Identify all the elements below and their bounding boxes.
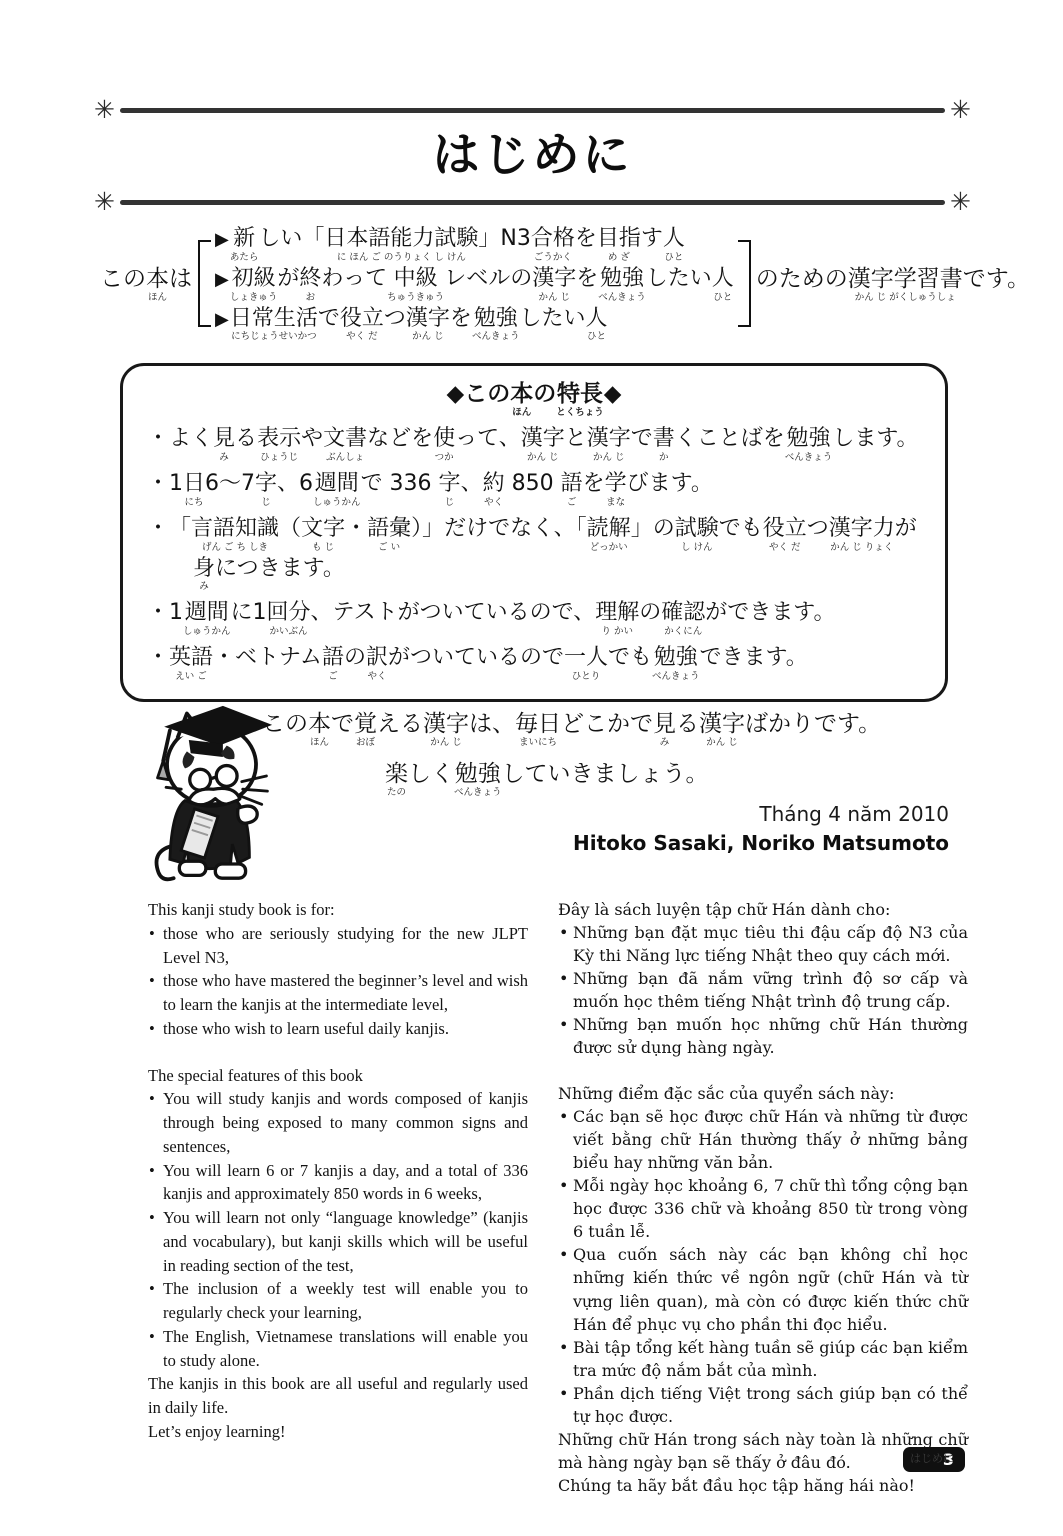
- features-box-title-text: ◆この本ほんの特長とくちょう◆: [447, 380, 622, 419]
- intro-item-text: 日常生活にちじょうせいかつで役立やく だつ漢字かん じを勉強べんきょうしたい人ひ…: [230, 306, 608, 344]
- bullet-icon: •: [149, 969, 155, 993]
- audience-list: •Những bạn đặt mục tiêu thi đậu cấp độ N…: [558, 921, 968, 1059]
- triangle-bullet-icon: ▶: [215, 306, 229, 333]
- closing-text: Let’s enjoy learning!: [148, 1420, 528, 1444]
- bullet-icon: •: [559, 1336, 568, 1359]
- bullet-icon: •: [149, 1087, 155, 1111]
- feature-bullet: ・ 英語えい ご・ベトナム語ごの訳やくがついているので一人ひとりでも勉強べんきょ…: [147, 645, 921, 683]
- bullet-dot-icon: ・: [147, 516, 169, 543]
- message-line-1: この本ほんで覚おぼえる漢字かん じは、毎日まいにちどこかで見みる漢字かん じばか…: [262, 710, 881, 749]
- audience-list: •those who are seriously studying for th…: [148, 922, 528, 1041]
- list-item-text: Những bạn muốn học những chữ Hán thường …: [573, 1015, 968, 1057]
- column-heading: The special features of this book: [148, 1064, 528, 1088]
- list-item-text: Mỗi ngày học khoảng 6, 7 chữ thì tổng cộ…: [573, 1176, 968, 1241]
- feature-text: 「言語知識げん ご ち しき（文字も じ・語彙ご い）」だけでなく、「読解どっか…: [169, 516, 917, 554]
- feature-text: 英語えい ご・ベトナム語ごの訳やくがついているので一人ひとりでも勉強べんきょうで…: [169, 645, 808, 683]
- english-column: This kanji study book is for: •those who…: [148, 898, 528, 1497]
- feature-text: 1日にち6〜7字じ、6週間しゅうかんで 336 字じ、約やく 850 語ごを学ま…: [169, 471, 713, 509]
- feature-text-continued: 身みにつきます。: [193, 556, 917, 594]
- list-item-text: Qua cuốn sách này các bạn không chỉ học …: [573, 1245, 968, 1333]
- features-box-title: ◆この本ほんの特長とくちょう◆: [147, 380, 921, 419]
- intro-suffix: のための漢字学習書かん じ がくしゅうしょです。: [756, 265, 1030, 304]
- list-item: •those who wish to learn useful daily ka…: [148, 1017, 528, 1041]
- list-item-text: You will study kanjis and words composed…: [163, 1089, 528, 1156]
- list-item: •You will learn not only “language knowl…: [148, 1206, 528, 1277]
- column-heading: Đây là sách luyện tập chữ Hán dành cho:: [558, 898, 968, 921]
- list-item: •Các bạn sẽ học được chữ Hán và những từ…: [558, 1105, 968, 1174]
- bullet-icon: •: [559, 921, 568, 944]
- closing-text: The kanjis in this book are all useful a…: [148, 1372, 528, 1420]
- asterisk-ornament-icon: ✳: [950, 97, 971, 122]
- triangle-bullet-icon: ▶: [215, 226, 229, 253]
- intro-statement: この本ほんは ▶ 新あたらしい「日本語能力試験に ほん ご のうりょく し けん…: [100, 226, 1030, 343]
- page-title: はじめに: [94, 132, 971, 179]
- publication-date: Tháng 4 năm 2010: [759, 802, 949, 826]
- list-item-text: You will learn not only “language knowle…: [163, 1208, 528, 1275]
- list-item-text: You will learn 6 or 7 kanjis a day, and …: [163, 1161, 528, 1204]
- book-page: ✳ ✳ はじめに ✳ ✳ この本ほんは ▶ 新あたらしい「日本語能力試験に ほん…: [0, 0, 1063, 1536]
- list-item-text: those who are seriously studying for the…: [163, 924, 528, 967]
- list-item: •You will study kanjis and words compose…: [148, 1087, 528, 1158]
- intro-subject: この本ほんは: [100, 265, 192, 304]
- message-line-2: 楽たのしく勉強べんきょうしていきましょう。: [385, 760, 709, 799]
- list-item: •You will learn 6 or 7 kanjis a day, and…: [148, 1159, 528, 1207]
- list-item: •Những bạn đã nắm vững trình độ sơ cấp v…: [558, 967, 968, 1013]
- list-item-text: Những bạn đặt mục tiêu thi đậu cấp độ N3…: [573, 923, 968, 965]
- horizontal-rule: [120, 200, 945, 205]
- feature-bullet: ・ よく見みる表示ひょうじや文書ぶんしょなどを使つかって、漢字かん じと漢字かん…: [147, 426, 921, 464]
- asterisk-ornament-icon: ✳: [950, 189, 971, 214]
- list-item-text: Các bạn sẽ học được chữ Hán và những từ …: [573, 1107, 968, 1172]
- features-box: ◆この本ほんの特長とくちょう◆ ・ よく見みる表示ひょうじや文書ぶんしょなどを使…: [120, 363, 948, 702]
- bullet-icon: •: [149, 1017, 155, 1041]
- bullet-icon: •: [149, 1325, 155, 1349]
- list-item: •those who are seriously studying for th…: [148, 922, 528, 970]
- bullet-icon: •: [149, 1277, 155, 1301]
- message-section: この本ほんで覚おぼえる漢字かん じは、毎日まいにちどこかで見みる漢字かん じばか…: [130, 698, 971, 888]
- list-item: •Những bạn đặt mục tiêu thi đậu cấp độ N…: [558, 921, 968, 967]
- feature-bullet: ・ 1日にち6〜7字じ、6週間しゅうかんで 336 字じ、約やく 850 語ごを…: [147, 471, 921, 509]
- intro-item-text: 初級しょきゅうが終おわって中級ちゅうきゅうレベルの漢字かん じを勉強べんきょうし…: [230, 266, 734, 304]
- closing-text: Chúng ta hãy bắt đầu học tập hăng hái nà…: [558, 1474, 968, 1497]
- page-header: ✳ ✳ はじめに ✳ ✳: [94, 98, 971, 215]
- list-item-text: Bài tập tổng kết hàng tuần sẽ giúp các b…: [573, 1338, 968, 1380]
- list-item: •Qua cuốn sách này các bạn không chỉ học…: [558, 1243, 968, 1335]
- list-item-text: Phần dịch tiếng Việt trong sách giúp bạn…: [573, 1384, 968, 1426]
- asterisk-ornament-icon: ✳: [94, 97, 115, 122]
- intro-item-list: ▶ 新あたらしい「日本語能力試験に ほん ご のうりょく し けん」N3合格ごう…: [211, 226, 738, 343]
- feature-bullet: ・ 「言語知識げん ご ち しき（文字も じ・語彙ご い）」だけでなく、「読解ど…: [147, 516, 921, 594]
- right-bracket: [738, 240, 751, 327]
- bullet-dot-icon: ・: [147, 426, 169, 453]
- list-item-text: those who have mastered the beginner’s l…: [163, 971, 528, 1014]
- column-heading: Những điểm đặc sắc của quyển sách này:: [558, 1082, 968, 1105]
- column-heading: This kanji study book is for:: [148, 898, 528, 922]
- bullet-icon: •: [149, 1159, 155, 1183]
- bullet-dot-icon: ・: [147, 645, 169, 672]
- bullet-icon: •: [559, 1243, 568, 1266]
- left-bracket: [198, 240, 211, 327]
- professor-cat-illustration: [132, 702, 274, 888]
- footer-section-label: はじめに: [910, 1453, 954, 1464]
- bullet-icon: •: [559, 967, 568, 990]
- list-item: •Những bạn muốn học những chữ Hán thường…: [558, 1013, 968, 1059]
- list-item: •those who have mastered the beginner’s …: [148, 969, 528, 1017]
- bullet-dot-icon: ・: [147, 471, 169, 498]
- list-item: •Bài tập tổng kết hàng tuần sẽ giúp các …: [558, 1336, 968, 1382]
- list-item: •The English, Vietnamese translations wi…: [148, 1325, 528, 1373]
- intro-item: ▶ 新あたらしい「日本語能力試験に ほん ご のうりょく し けん」N3合格ごう…: [215, 226, 734, 264]
- intro-item-text: 新あたらしい「日本語能力試験に ほん ご のうりょく し けん」N3合格ごうかく…: [230, 226, 685, 264]
- bullet-icon: •: [149, 922, 155, 946]
- bullet-icon: •: [559, 1013, 568, 1036]
- bullet-icon: •: [559, 1105, 568, 1128]
- list-item-text: The English, Vietnamese translations wil…: [163, 1327, 528, 1370]
- list-item: •The inclusion of a weekly test will ena…: [148, 1277, 528, 1325]
- authors: Hitoko Sasaki, Noriko Matsumoto: [573, 831, 949, 855]
- features-list: •You will study kanjis and words compose…: [148, 1087, 528, 1372]
- bottom-rule: ✳ ✳: [94, 190, 971, 215]
- horizontal-rule: [120, 108, 945, 113]
- bullet-icon: •: [559, 1382, 568, 1405]
- list-item-text: those who wish to learn useful daily kan…: [163, 1019, 449, 1038]
- feature-bullet: ・ 1週間しゅうかんに1回分かいぶん、テストがついているので、理解り かいの確認…: [147, 600, 921, 638]
- list-item: •Phần dịch tiếng Việt trong sách giúp bạ…: [558, 1382, 968, 1428]
- intro-item: ▶ 日常生活にちじょうせいかつで役立やく だつ漢字かん じを勉強べんきょうしたい…: [215, 306, 734, 344]
- list-item-text: Những bạn đã nắm vững trình độ sơ cấp và…: [573, 969, 968, 1011]
- bullet-dot-icon: ・: [147, 600, 169, 627]
- top-rule: ✳ ✳: [94, 98, 971, 123]
- features-list: •Các bạn sẽ học được chữ Hán và những từ…: [558, 1105, 968, 1427]
- page-number-badge: はじめに 3: [903, 1447, 965, 1472]
- feature-text: 1週間しゅうかんに1回分かいぶん、テストがついているので、理解り かいの確認かく…: [169, 600, 836, 638]
- list-item: •Mỗi ngày học khoảng 6, 7 chữ thì tổng c…: [558, 1174, 968, 1243]
- asterisk-ornament-icon: ✳: [94, 189, 115, 214]
- intro-item: ▶ 初級しょきゅうが終おわって中級ちゅうきゅうレベルの漢字かん じを勉強べんきょ…: [215, 266, 734, 304]
- vietnamese-column: Đây là sách luyện tập chữ Hán dành cho: …: [558, 898, 968, 1497]
- feature-text: よく見みる表示ひょうじや文書ぶんしょなどを使つかって、漢字かん じと漢字かん じ…: [169, 426, 919, 464]
- bullet-icon: •: [149, 1206, 155, 1230]
- triangle-bullet-icon: ▶: [215, 266, 229, 293]
- translation-columns: This kanji study book is for: •those who…: [148, 898, 968, 1497]
- bullet-icon: •: [559, 1174, 568, 1197]
- list-item-text: The inclusion of a weekly test will enab…: [163, 1279, 528, 1322]
